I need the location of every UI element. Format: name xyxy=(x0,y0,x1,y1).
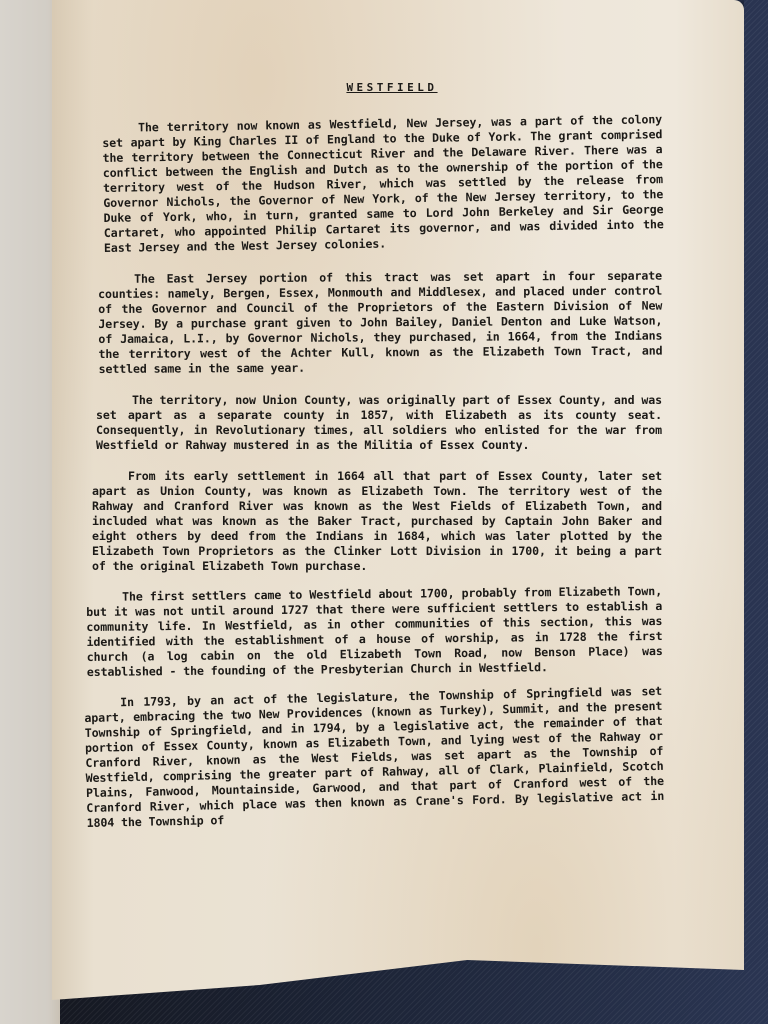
paragraph-4: From its early settlement in 1664 all th… xyxy=(92,469,662,574)
paragraph-1: The territory now known as Westfield, Ne… xyxy=(102,112,664,256)
facing-page-edge xyxy=(0,0,60,1024)
paragraph-5: The first settlers came to Westfield abo… xyxy=(86,584,663,680)
paragraph-3: The territory, now Union County, was ori… xyxy=(96,393,662,453)
page-title: WESTFIELD xyxy=(82,80,662,95)
paragraph-6: In 1793, by an act of the legislature, t… xyxy=(84,684,665,831)
page-text: WESTFIELD The territory now known as Wes… xyxy=(82,80,662,847)
paragraph-2: The East Jersey portion of this tract wa… xyxy=(98,269,663,377)
